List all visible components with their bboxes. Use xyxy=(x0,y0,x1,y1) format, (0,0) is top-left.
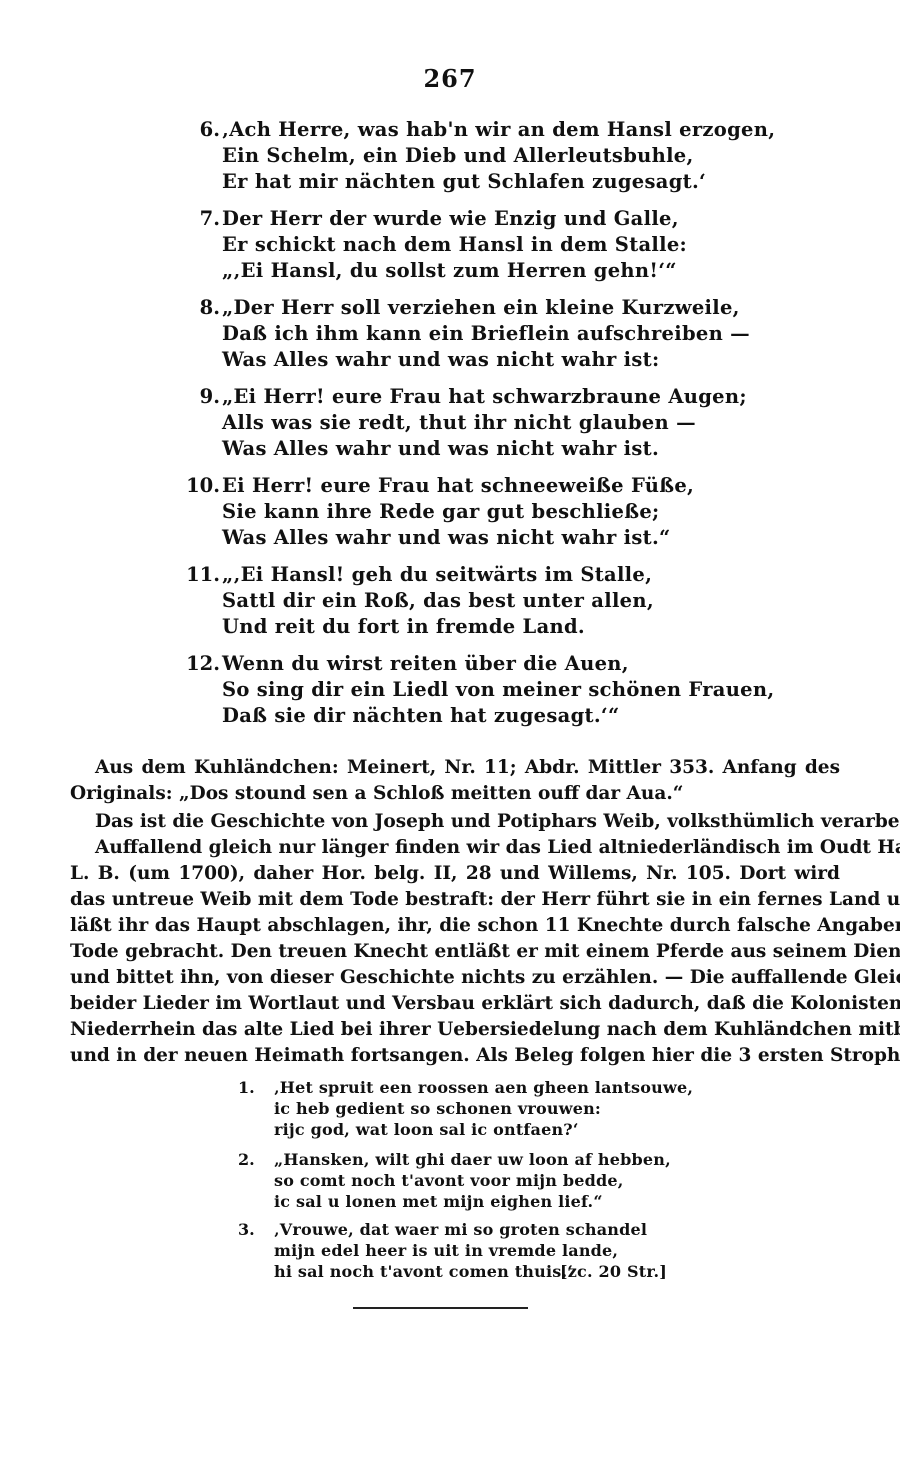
quoted-verse-line: ic sal u lonen met mijn eighen lief.“ xyxy=(274,1192,603,1211)
page-number: 267 xyxy=(0,64,900,93)
verse-line: Was Alles wahr und was nicht wahr ist.“ xyxy=(222,526,671,549)
stanza-number: 9. xyxy=(190,385,220,408)
quoted-verse-line: hi sal noch t'avont comen thuis.‘ xyxy=(274,1262,573,1281)
quoted-verse-line: ic heb gedient so schonen vrouwen: xyxy=(274,1099,601,1118)
verse-line: „Ei Herr! eure Frau hat schwarzbraune Au… xyxy=(222,385,747,408)
verse-line: Ein Schelm, ein Dieb und Allerleutsbuhle… xyxy=(222,144,694,167)
verse-line: ‚Ach Herre, was hab'n wir an dem Hansl e… xyxy=(222,118,775,141)
verse-line: Ei Herr! eure Frau hat schneeweiße Füße, xyxy=(222,474,694,497)
quoted-verse-line: rijc god, wat loon sal ic ontfaen?‘ xyxy=(274,1120,579,1139)
stanza-number: 8. xyxy=(190,296,220,319)
quoted-stanza-number: 1. xyxy=(238,1078,255,1097)
quoted-verse-line: so comt noch t'avont voor mijn bedde, xyxy=(274,1171,624,1190)
commentary-line: L. B. (um 1700), daher Hor. belg. II, 28… xyxy=(70,863,840,884)
commentary-line: läßt ihr das Haupt abschlagen, ihr, die … xyxy=(70,915,840,936)
stanza-number: 11. xyxy=(183,563,220,586)
quoted-stanza-number: 2. xyxy=(238,1150,255,1169)
verse-line: Er hat mir nächten gut Schlafen zugesagt… xyxy=(222,170,706,193)
commentary-line: das untreue Weib mit dem Tode bestraft: … xyxy=(70,889,840,910)
stanza-number: 12. xyxy=(183,652,220,675)
section-divider xyxy=(353,1307,528,1309)
verse-line: Was Alles wahr und was nicht wahr ist. xyxy=(222,437,659,460)
verse-line: Er schickt nach dem Hansl in dem Stalle: xyxy=(222,233,687,256)
quoted-verse-line: ‚Het spruit een roossen aen gheen lantso… xyxy=(274,1078,693,1097)
verse-line: Sattl dir ein Roß, das best unter allen, xyxy=(222,589,654,612)
commentary-line: und bittet ihn, von dieser Geschichte ni… xyxy=(70,967,840,988)
verse-line: Der Herr der wurde wie Enzig und Galle, xyxy=(222,207,679,230)
quoted-verse-line: ‚Vrouwe, dat waer mi so groten schandel xyxy=(274,1220,647,1239)
verse-line: Und reit du fort in fremde Land. xyxy=(222,615,585,638)
commentary-line: Auffallend gleich nur länger finden wir … xyxy=(95,837,840,858)
verse-line: „‚Ei Hansl! geh du seitwärts im Stalle, xyxy=(222,563,652,586)
commentary-line: und in der neuen Heimath fortsangen. Als… xyxy=(70,1045,840,1066)
commentary-line: Aus dem Kuhländchen: Meinert, Nr. 11; Ab… xyxy=(95,757,840,778)
verse-line: Sie kann ihre Rede gar gut beschließe; xyxy=(222,500,660,523)
verse-line: Alls was sie redt, thut ihr nicht glaube… xyxy=(222,411,696,434)
commentary-line: Niederrhein das alte Lied bei ihrer Uebe… xyxy=(70,1019,840,1040)
quoted-verse-line: mijn edel heer is uit in vremde lande, xyxy=(274,1241,618,1260)
verse-line: So sing dir ein Liedl von meiner schönen… xyxy=(222,678,774,701)
verse-line: „‚Ei Hansl, du sollst zum Herren gehn!‘“ xyxy=(222,259,677,282)
verse-line: Wenn du wirst reiten über die Auen, xyxy=(222,652,629,675)
quoted-verse-line: „Hansken, wilt ghi daer uw loon af hebbe… xyxy=(274,1150,671,1169)
commentary-line: Originals: „Dos stound sen a Schloß meit… xyxy=(70,783,840,804)
commentary-line: beider Lieder im Wortlaut und Versbau er… xyxy=(70,993,840,1014)
commentary-line: Das ist die Geschichte von Joseph und Po… xyxy=(95,811,840,832)
quoted-stanza-number: 3. xyxy=(238,1220,255,1239)
stanza-number: 6. xyxy=(190,118,220,141)
verse-line: „Der Herr soll verziehen ein kleine Kurz… xyxy=(222,296,740,319)
verse-line: Was Alles wahr und was nicht wahr ist: xyxy=(222,348,659,371)
stanza-number: 10. xyxy=(183,474,220,497)
stanza-count-note: [zc. 20 Str.] xyxy=(560,1262,667,1281)
verse-line: Daß ich ihm kann ein Brieflein aufschrei… xyxy=(222,322,750,345)
stanza-number: 7. xyxy=(190,207,220,230)
commentary-line: Tode gebracht. Den treuen Knecht entläßt… xyxy=(70,941,840,962)
verse-line: Daß sie dir nächten hat zugesagt.‘“ xyxy=(222,704,620,727)
